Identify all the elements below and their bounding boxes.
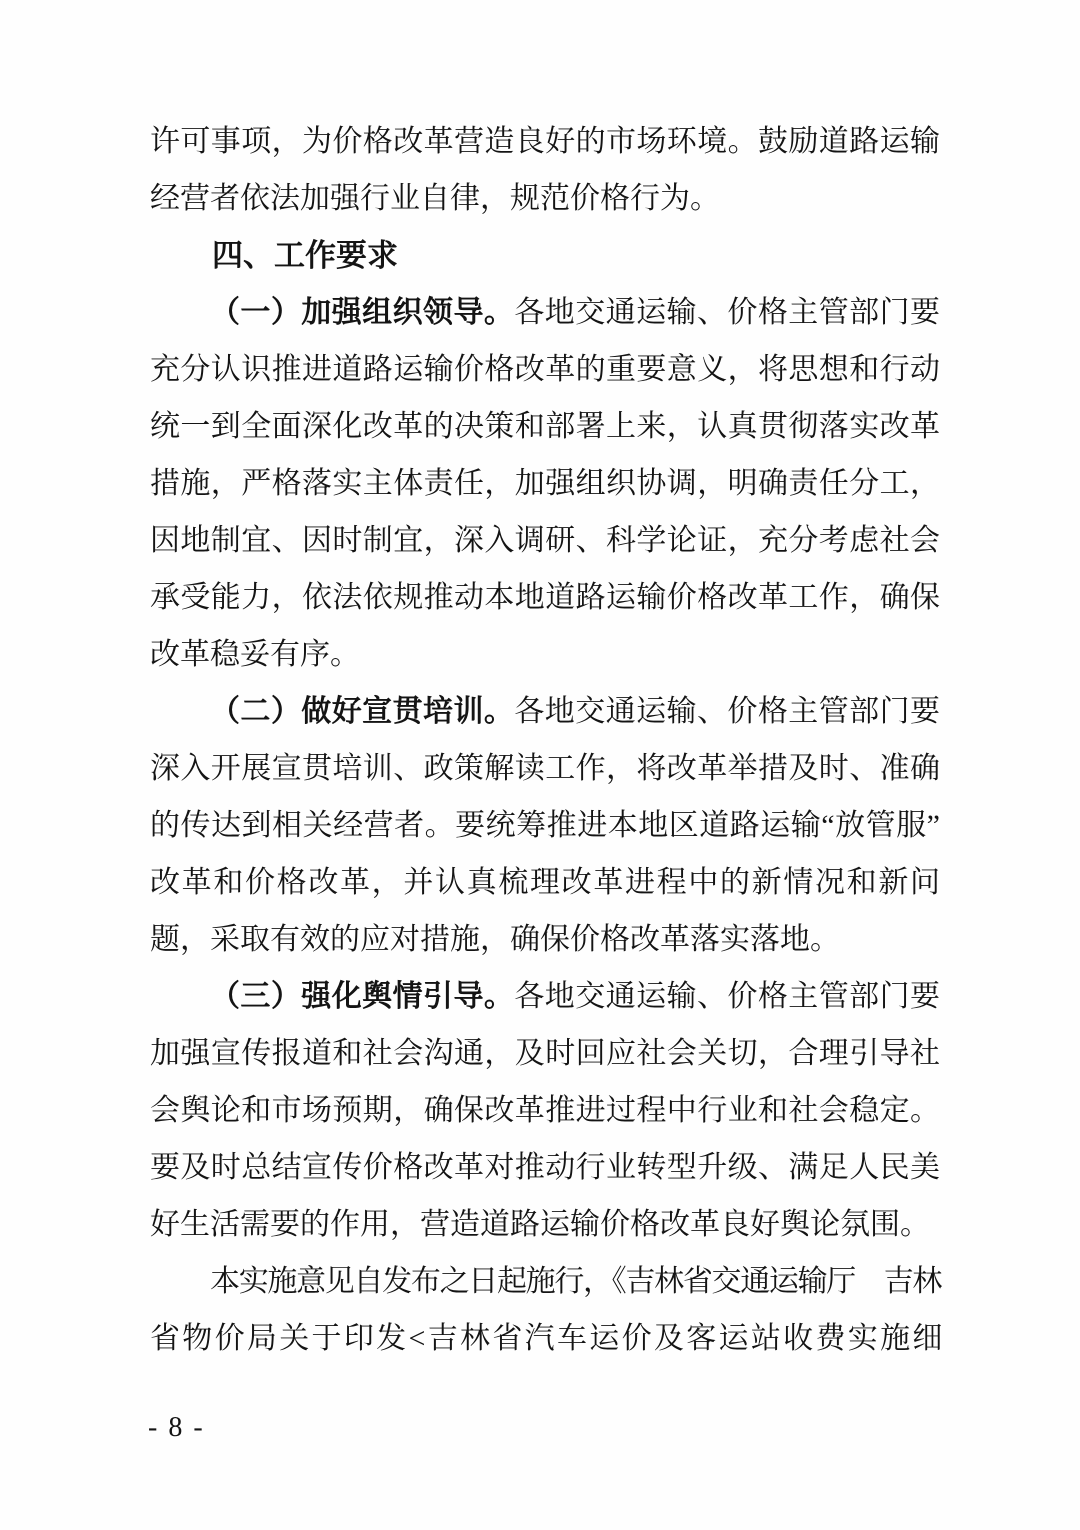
paragraph-3-body: 各地交通运输、价格主管部门要加强宣传报道和社会沟通，及时回应社会关切，合理引导社… — [150, 980, 940, 1241]
closing-paragraph: 本实施意见自发布之日起施行，《吉林省交通运输厅 吉林省物价局关于印发<吉林省汽车… — [150, 1253, 940, 1367]
intro-paragraph: 许可事项，为价格改革营造良好的市场环境。鼓励道路运输经营者依法加强行业自律，规范… — [150, 113, 940, 227]
document-page: 许可事项，为价格改革营造良好的市场环境。鼓励道路运输经营者依法加强行业自律，规范… — [0, 0, 1080, 1530]
numbered-paragraph-2: （二）做好宣贯培训。各地交通运输、价格主管部门要深入开展宣贯培训、政策解读工作，… — [150, 683, 940, 968]
body-text: 许可事项，为价格改革营造良好的市场环境。鼓励道路运输经营者依法加强行业自律，规范… — [150, 113, 940, 1367]
paragraph-2-body: 各地交通运输、价格主管部门要深入开展宣贯培训、政策解读工作，将改革举措及时、准确… — [150, 695, 940, 956]
numbered-paragraph-3: （三）强化舆情引导。各地交通运输、价格主管部门要加强宣传报道和社会沟通，及时回应… — [150, 968, 940, 1253]
page-number: - 8 - — [148, 1412, 205, 1444]
numbered-paragraph-1: （一）加强组织领导。各地交通运输、价格主管部门要充分认识推进道路运输价格改革的重… — [150, 284, 940, 683]
paragraph-1-body: 各地交通运输、价格主管部门要充分认识推进道路运输价格改革的重要意义，将思想和行动… — [150, 296, 940, 671]
paragraph-2-lead: （二）做好宣贯培训。 — [210, 695, 514, 728]
paragraph-3-lead: （三）强化舆情引导。 — [210, 980, 514, 1013]
section-heading: 四、工作要求 — [150, 227, 940, 284]
paragraph-1-lead: （一）加强组织领导。 — [210, 296, 514, 329]
